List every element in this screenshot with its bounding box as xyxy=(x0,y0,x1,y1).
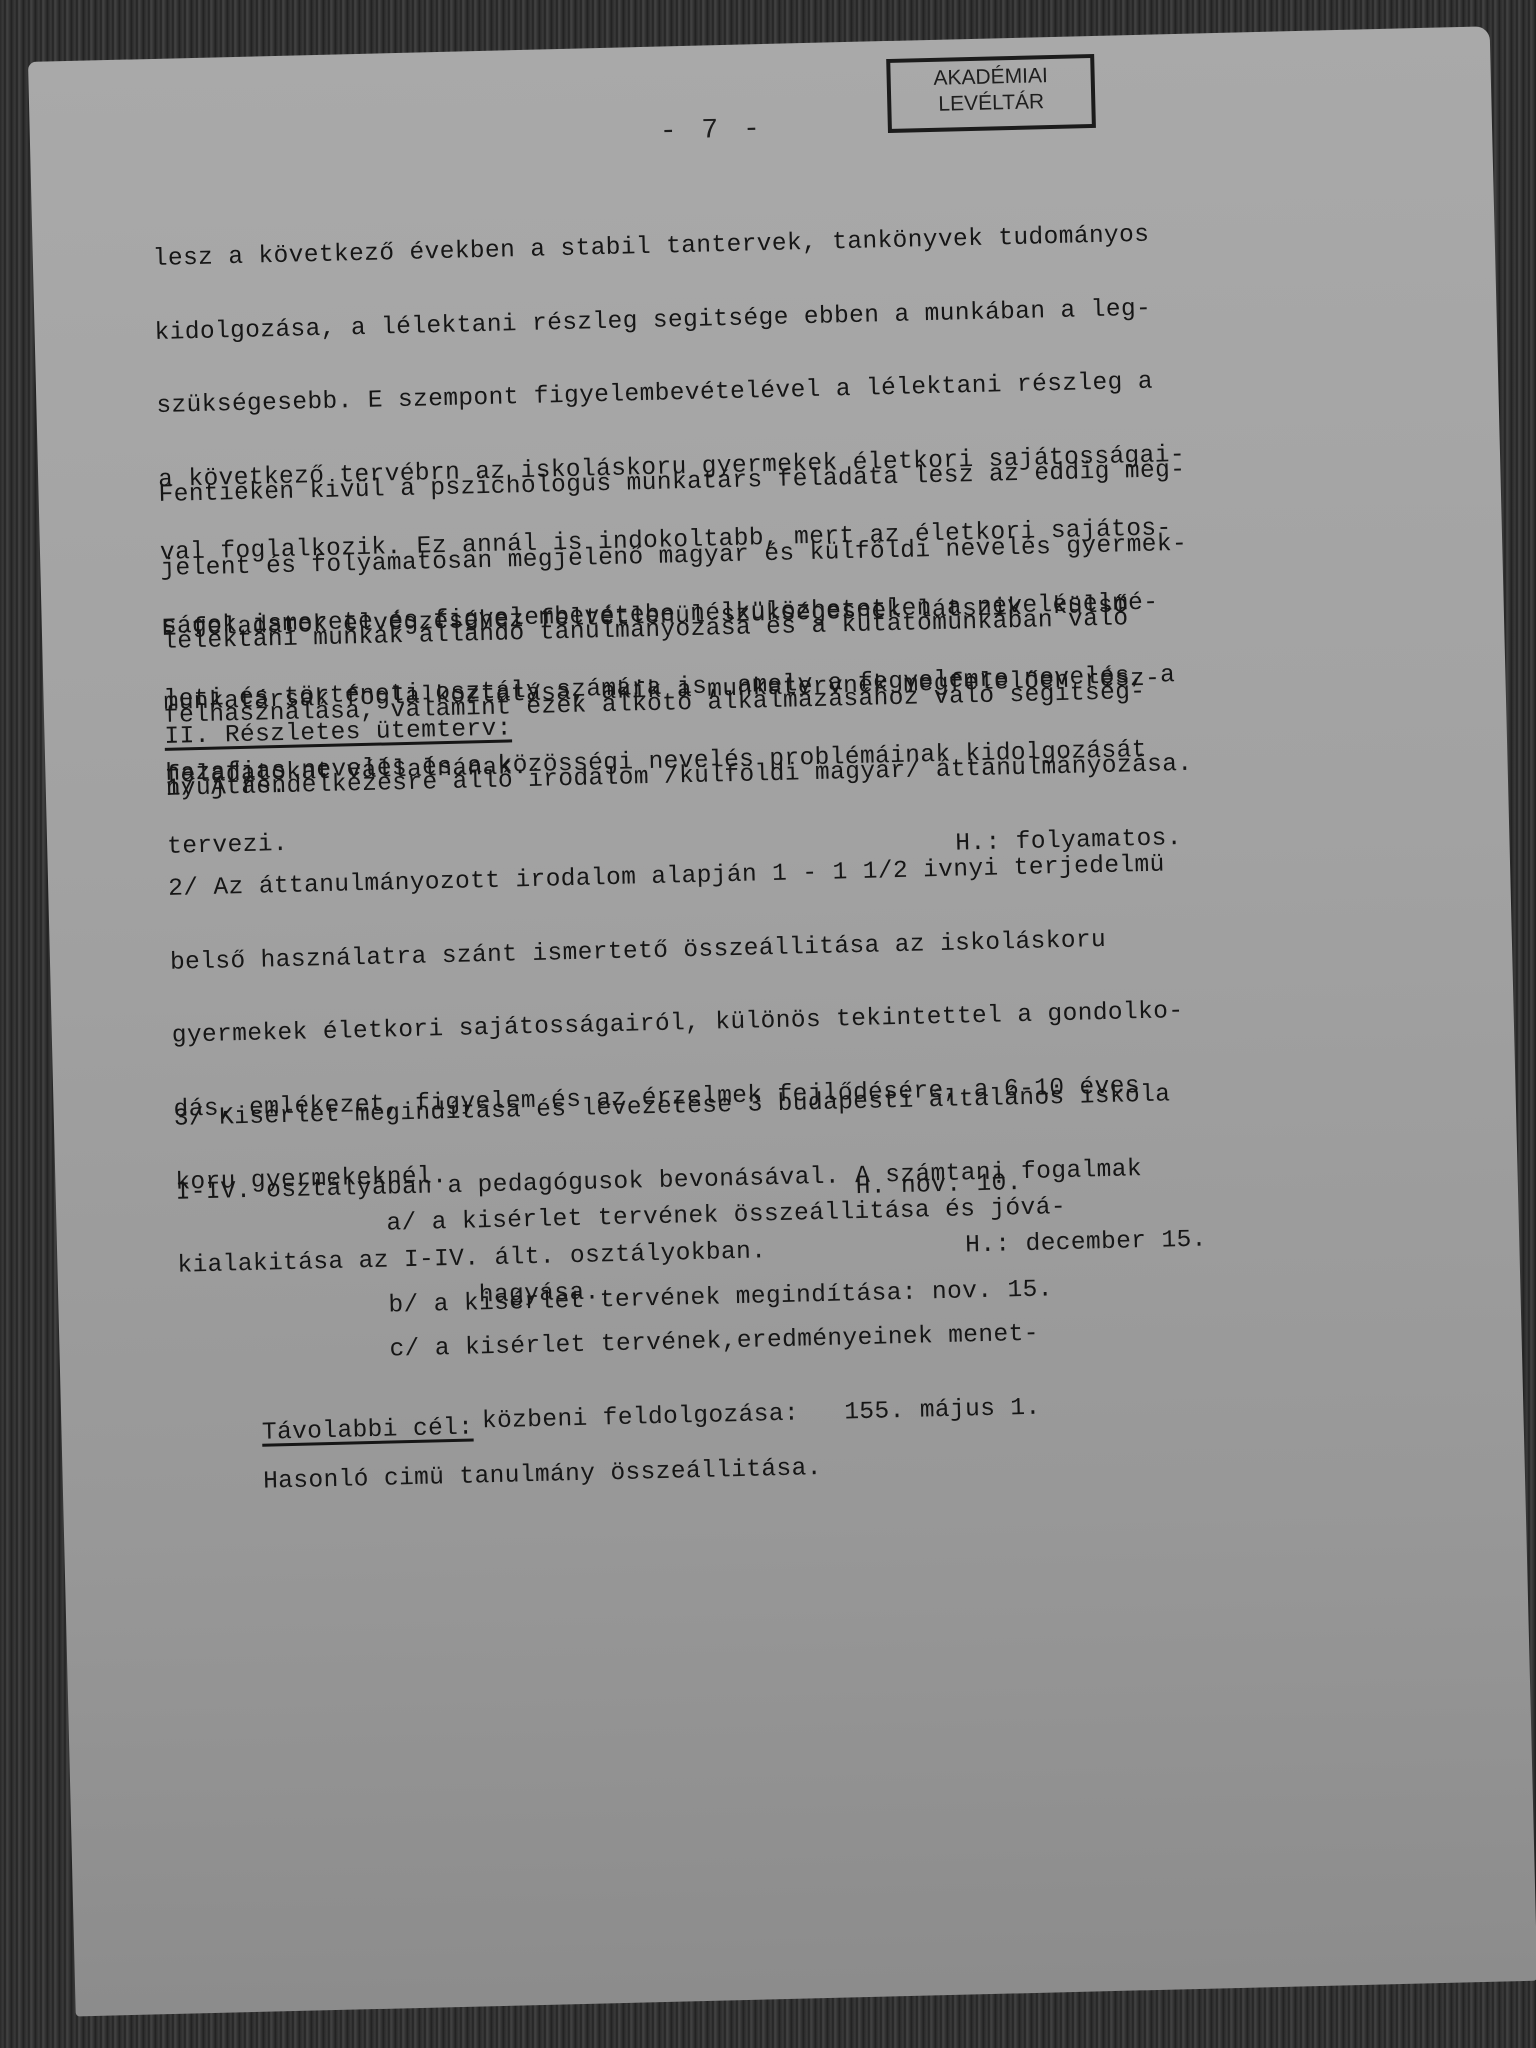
deadline: H. nov. 10. xyxy=(855,1172,1022,1201)
text-line: 2/ Az áttanulmányozott irodalom alapján … xyxy=(168,848,1388,902)
goal-label: Távolabbi cél: xyxy=(262,1414,474,1446)
archive-stamp: AKADÉMIAI LEVÉLTÁR xyxy=(886,54,1096,133)
text-line: Fentieken kivül a pszichologus munkatárs… xyxy=(158,454,1378,508)
text-line: c/ a kisérlet tervének,eredményeinek men… xyxy=(389,1317,1289,1363)
further-goal: Távolabbi cél: Hasonló cimü tanulmány ös… xyxy=(201,1368,1424,1520)
page-number: - 7 - xyxy=(660,114,765,148)
goal-text: Hasonló cimü tanulmány összeállitása. xyxy=(263,1455,822,1496)
text-line: kidolgozása, a lélektani részleg segitsé… xyxy=(154,292,1374,346)
document-page: - 7 - AKADÉMIAI LEVÉLTÁR lesz a következ… xyxy=(28,26,1536,2016)
text-line: 1/ A rendelkezésre álló irodalom /külföl… xyxy=(166,748,1386,802)
text-line: lesz a következő években a stabil tanter… xyxy=(153,218,1373,272)
spacer xyxy=(262,1443,293,1471)
text-line: E feladatok elvégzéséhez feltétlenül szü… xyxy=(162,588,1382,642)
stamp-line-2: LEVÉLTÁR xyxy=(891,88,1092,119)
text-line: 3/ Kisérlet megindítása és levezetése 3 … xyxy=(174,1078,1394,1132)
text-line: belső használatra szánt ismertető összeá… xyxy=(170,921,1390,975)
